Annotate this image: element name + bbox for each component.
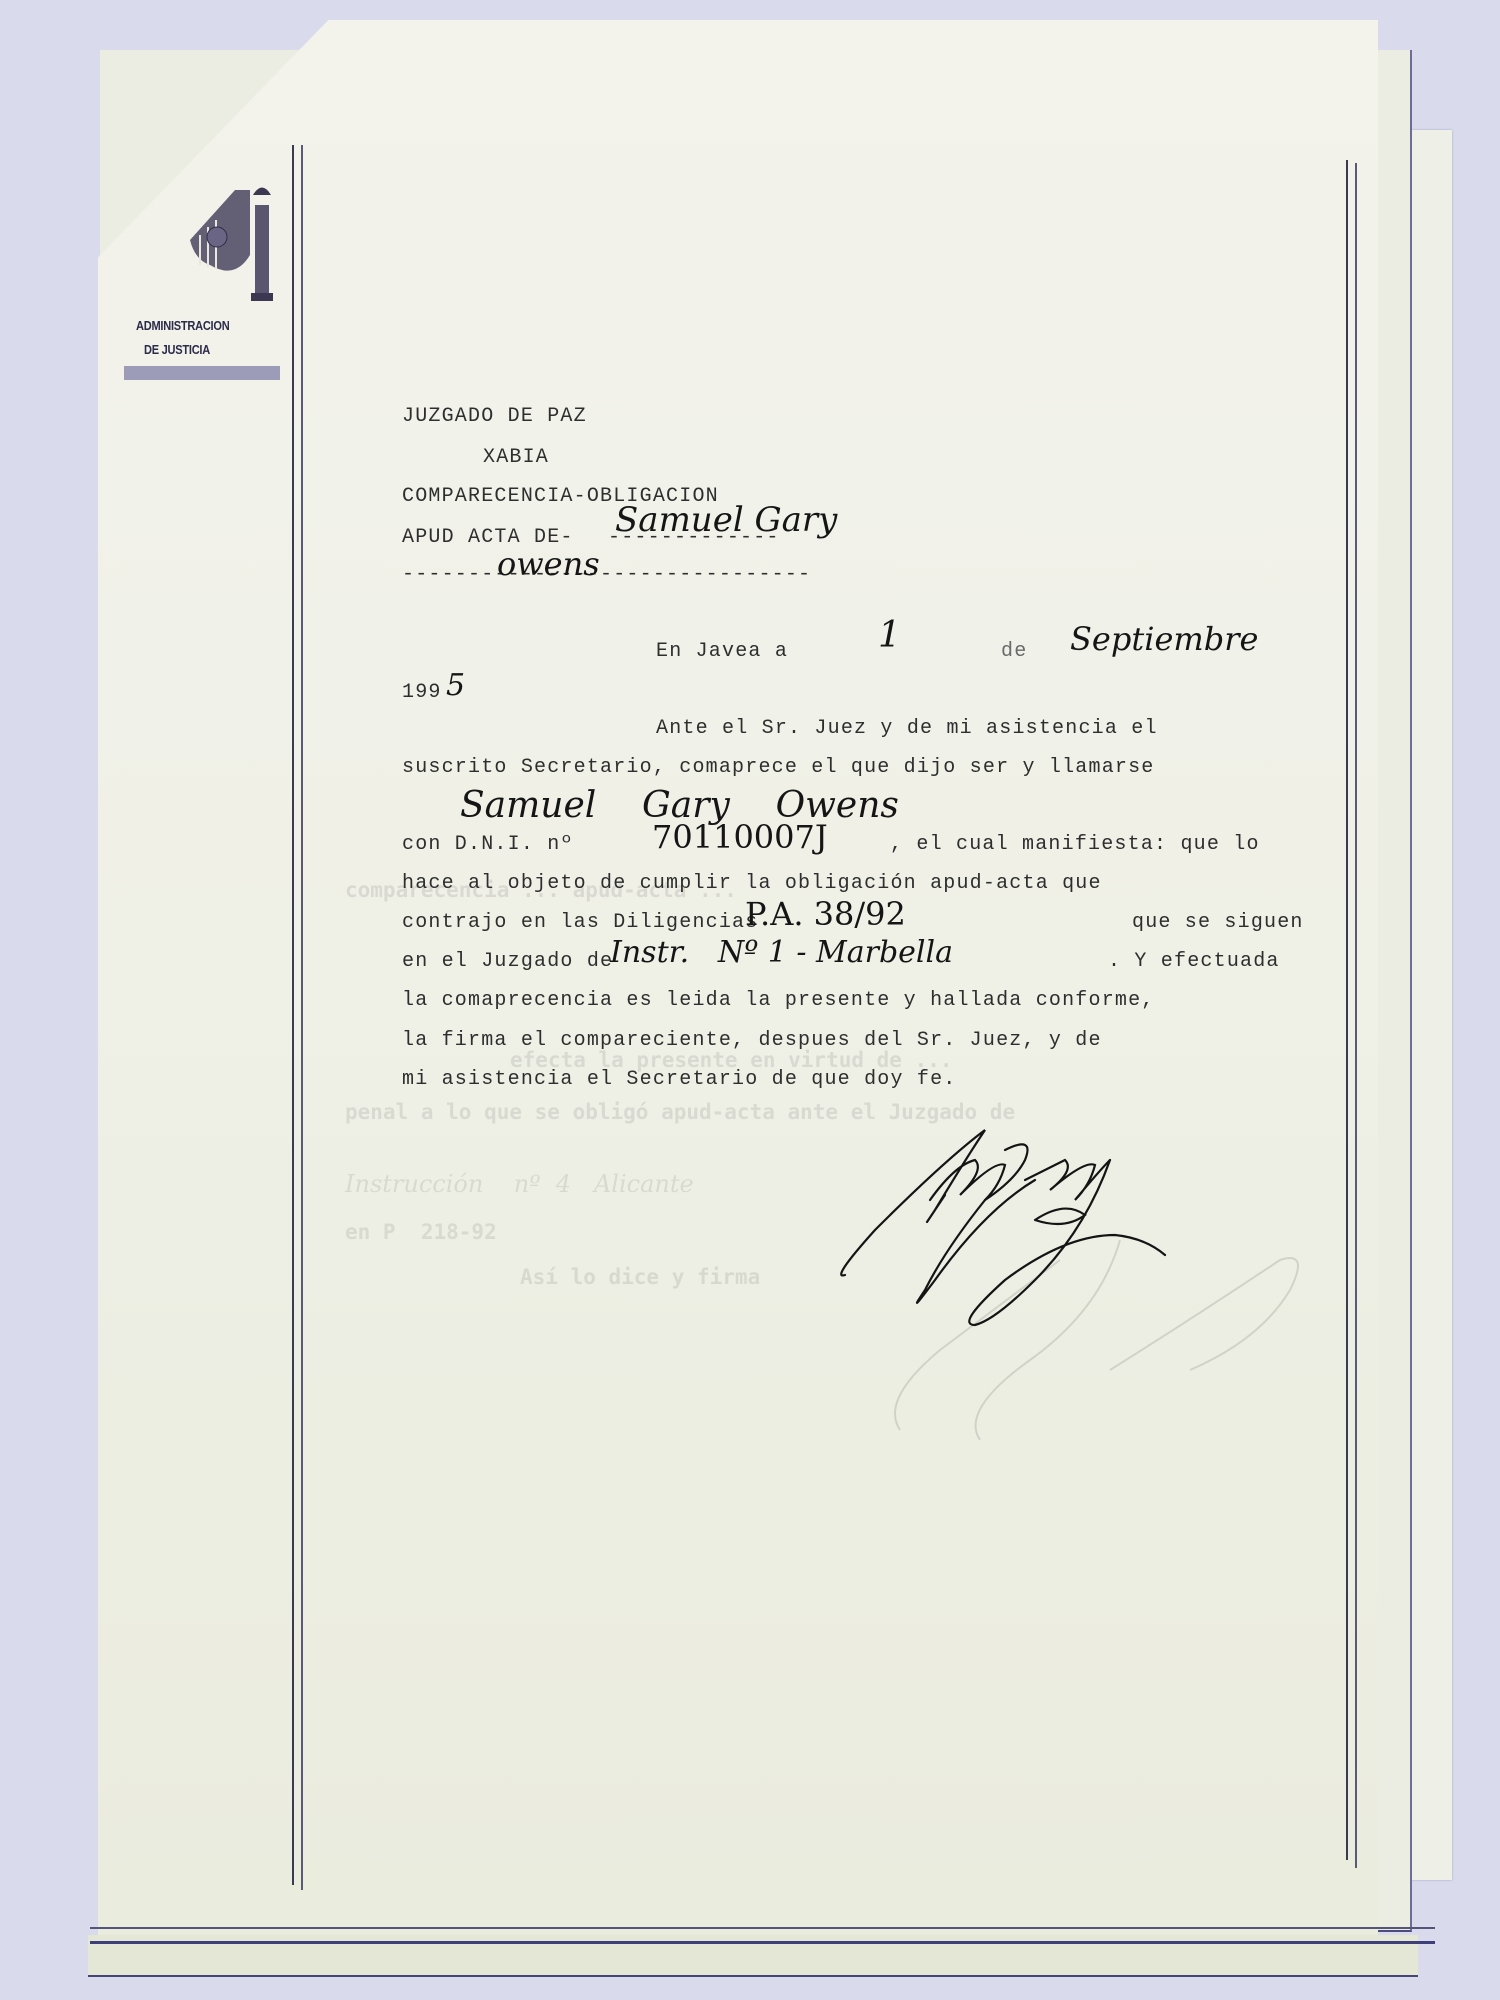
handwritten-year-digit: 5	[446, 668, 465, 703]
court-name: JUZGADO DE PAZ	[402, 405, 587, 428]
body-line: . Y efectuada	[1108, 950, 1280, 973]
body-line: contrajo en las Diligencias	[402, 911, 758, 934]
left-border-line-inner	[301, 145, 303, 1890]
handwritten-first-name: Samuel Gary	[615, 500, 837, 540]
body-line: suscrito Secretario, comaprece el que di…	[402, 756, 1155, 779]
body-line: en el Juzgado de	[402, 950, 613, 973]
right-border-line	[1346, 160, 1348, 1860]
year-typed: 199	[402, 681, 442, 704]
body-line: , el cual manifiesta: que lo	[890, 833, 1260, 856]
right-border-line-inner	[1355, 163, 1357, 1868]
date-de: de	[1001, 640, 1027, 663]
body-line: Ante el Sr. Juez y de mi asistencia el	[656, 717, 1158, 740]
spanish-coat-of-arms-icon	[155, 165, 280, 305]
bleed-through-line: Instrucción nº 4 Alicante	[345, 1170, 694, 1198]
town-name: XABIA	[483, 446, 549, 469]
handwritten-court-name: Instr. Nº 1 - Marbella	[610, 935, 953, 970]
org-name-line1: ADMINISTRACION	[136, 318, 229, 333]
document-page	[98, 20, 1378, 1935]
stacked-page-edges	[90, 1927, 1435, 1944]
body-line: hace al objeto de cumplir la obligación …	[402, 872, 1102, 895]
org-stamp-bar	[124, 366, 280, 380]
apud-dashes-line2: -------------------------------	[402, 563, 811, 586]
body-line: la firma el compareciente, despues del S…	[402, 1029, 1102, 1052]
body-line: la comaprecencia es leida la presente y …	[402, 989, 1155, 1012]
body-line: que se siguen	[1132, 911, 1304, 934]
handwritten-day: 1	[878, 615, 901, 656]
handwritten-month: Septiembre	[1070, 620, 1258, 658]
handwritten-diligencias-ref: P.A. 38/92	[745, 895, 906, 933]
bleed-through-line: Así lo dice y firma	[520, 1265, 760, 1289]
handwritten-signature-icon	[835, 1120, 1255, 1350]
handwritten-surname: owens	[497, 545, 600, 583]
left-border-line	[292, 145, 294, 1885]
org-name-line2: DE JUSTICIA	[144, 342, 210, 357]
date-prefix: En Javea a	[656, 640, 788, 663]
bleed-through-line: en P 218-92	[345, 1220, 497, 1244]
body-line: mi asistencia el Secretario de que doy f…	[402, 1068, 956, 1091]
body-line: con D.N.I. nº	[402, 833, 574, 856]
handwritten-dni: 70110007J	[652, 818, 828, 856]
